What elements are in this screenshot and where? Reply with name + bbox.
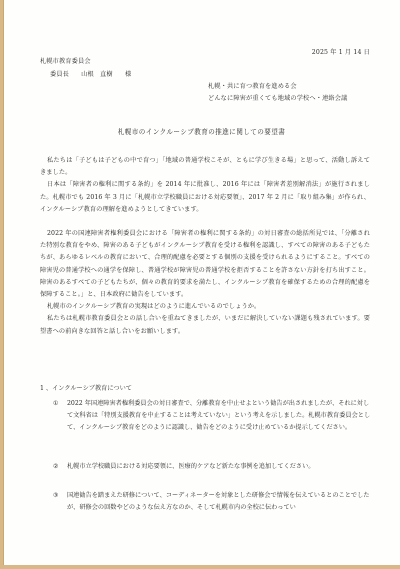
request-item: ② 札幌市立学校職員における対応要領に、医療的ケアなど新たな事例を追加してくださ… [53,461,371,473]
body-paragraph: 札幌市のインクルーシブ教育の実現はどのように進んでいるのでしょうか。 [40,301,370,313]
body-paragraph: 2022 年の国連障害者権利委員会における「障害者の権利に関する条約」の対日審査… [40,228,370,301]
intro-section: 私たちは「子どもは子どもの中で育つ」「地域の普通学校こそが、ともに学び生きる場」… [40,155,370,216]
document-page: 2025 年 1 月 14 日 札幌市教育委員会 委員長 山根 直樹 様 札幌・… [3,0,400,565]
intro-paragraph: 私たちは「子どもは子どもの中で育つ」「地域の普通学校こそが、ともに学び生きる場」… [40,155,370,179]
sender-line-1: 札幌・共に育つ教育を進める会 [208,83,297,91]
body-paragraph: 私たちは札幌市教育委員会との話し合いを重ねてきましたが、いまだに解決していない課… [40,313,370,337]
recipient-organization: 札幌市教育委員会 [40,58,91,66]
recipient-line: 委員長 山根 直樹 様 [50,71,141,79]
sender-line-2: どんなに障害が重くても地域の学校へ・連絡会議 [208,95,347,103]
request-item: ③ 国連勧告を踏まえた研修について、コーディネーターを対象とした研修会で情報を伝… [53,490,371,514]
item-text: 2022 年国連障害者権利委員会の対日審査で、分離教育を中止せよという勧告が出さ… [67,398,371,434]
recipient-position: 委員長 [50,71,69,78]
request-item: ① 2022 年国連障害者権利委員会の対日審査で、分離教育を中止せよという勧告が… [53,398,371,434]
item-text: 国連勧告を踏まえた研修について、コーディネーターを対象とした研修会で情報を伝えて… [67,490,371,514]
document-date: 2025 年 1 月 14 日 [312,49,370,57]
body-section: 2022 年の国連障害者権利委員会における「障害者の権利に関する条約」の対日審査… [40,228,370,338]
intro-paragraph: 日本は「障害者の権利に関する条約」を 2014 年に批准し、2016 年には「障… [40,179,370,216]
item-marker: ② [53,461,59,473]
item-marker: ③ [53,490,59,502]
recipient-name: 山根 直樹 [81,71,113,78]
document-title: 札幌市のインクルーシブ教育の推進に関しての要望書 [3,126,400,136]
item-marker: ① [53,398,59,410]
section-heading: 1 、インクルーシブ教育について [40,383,132,392]
recipient-honorific: 様 [125,71,131,78]
item-text: 札幌市立学校職員における対応要領に、医療的ケアなど新たな事例を追加してください。 [67,461,371,473]
